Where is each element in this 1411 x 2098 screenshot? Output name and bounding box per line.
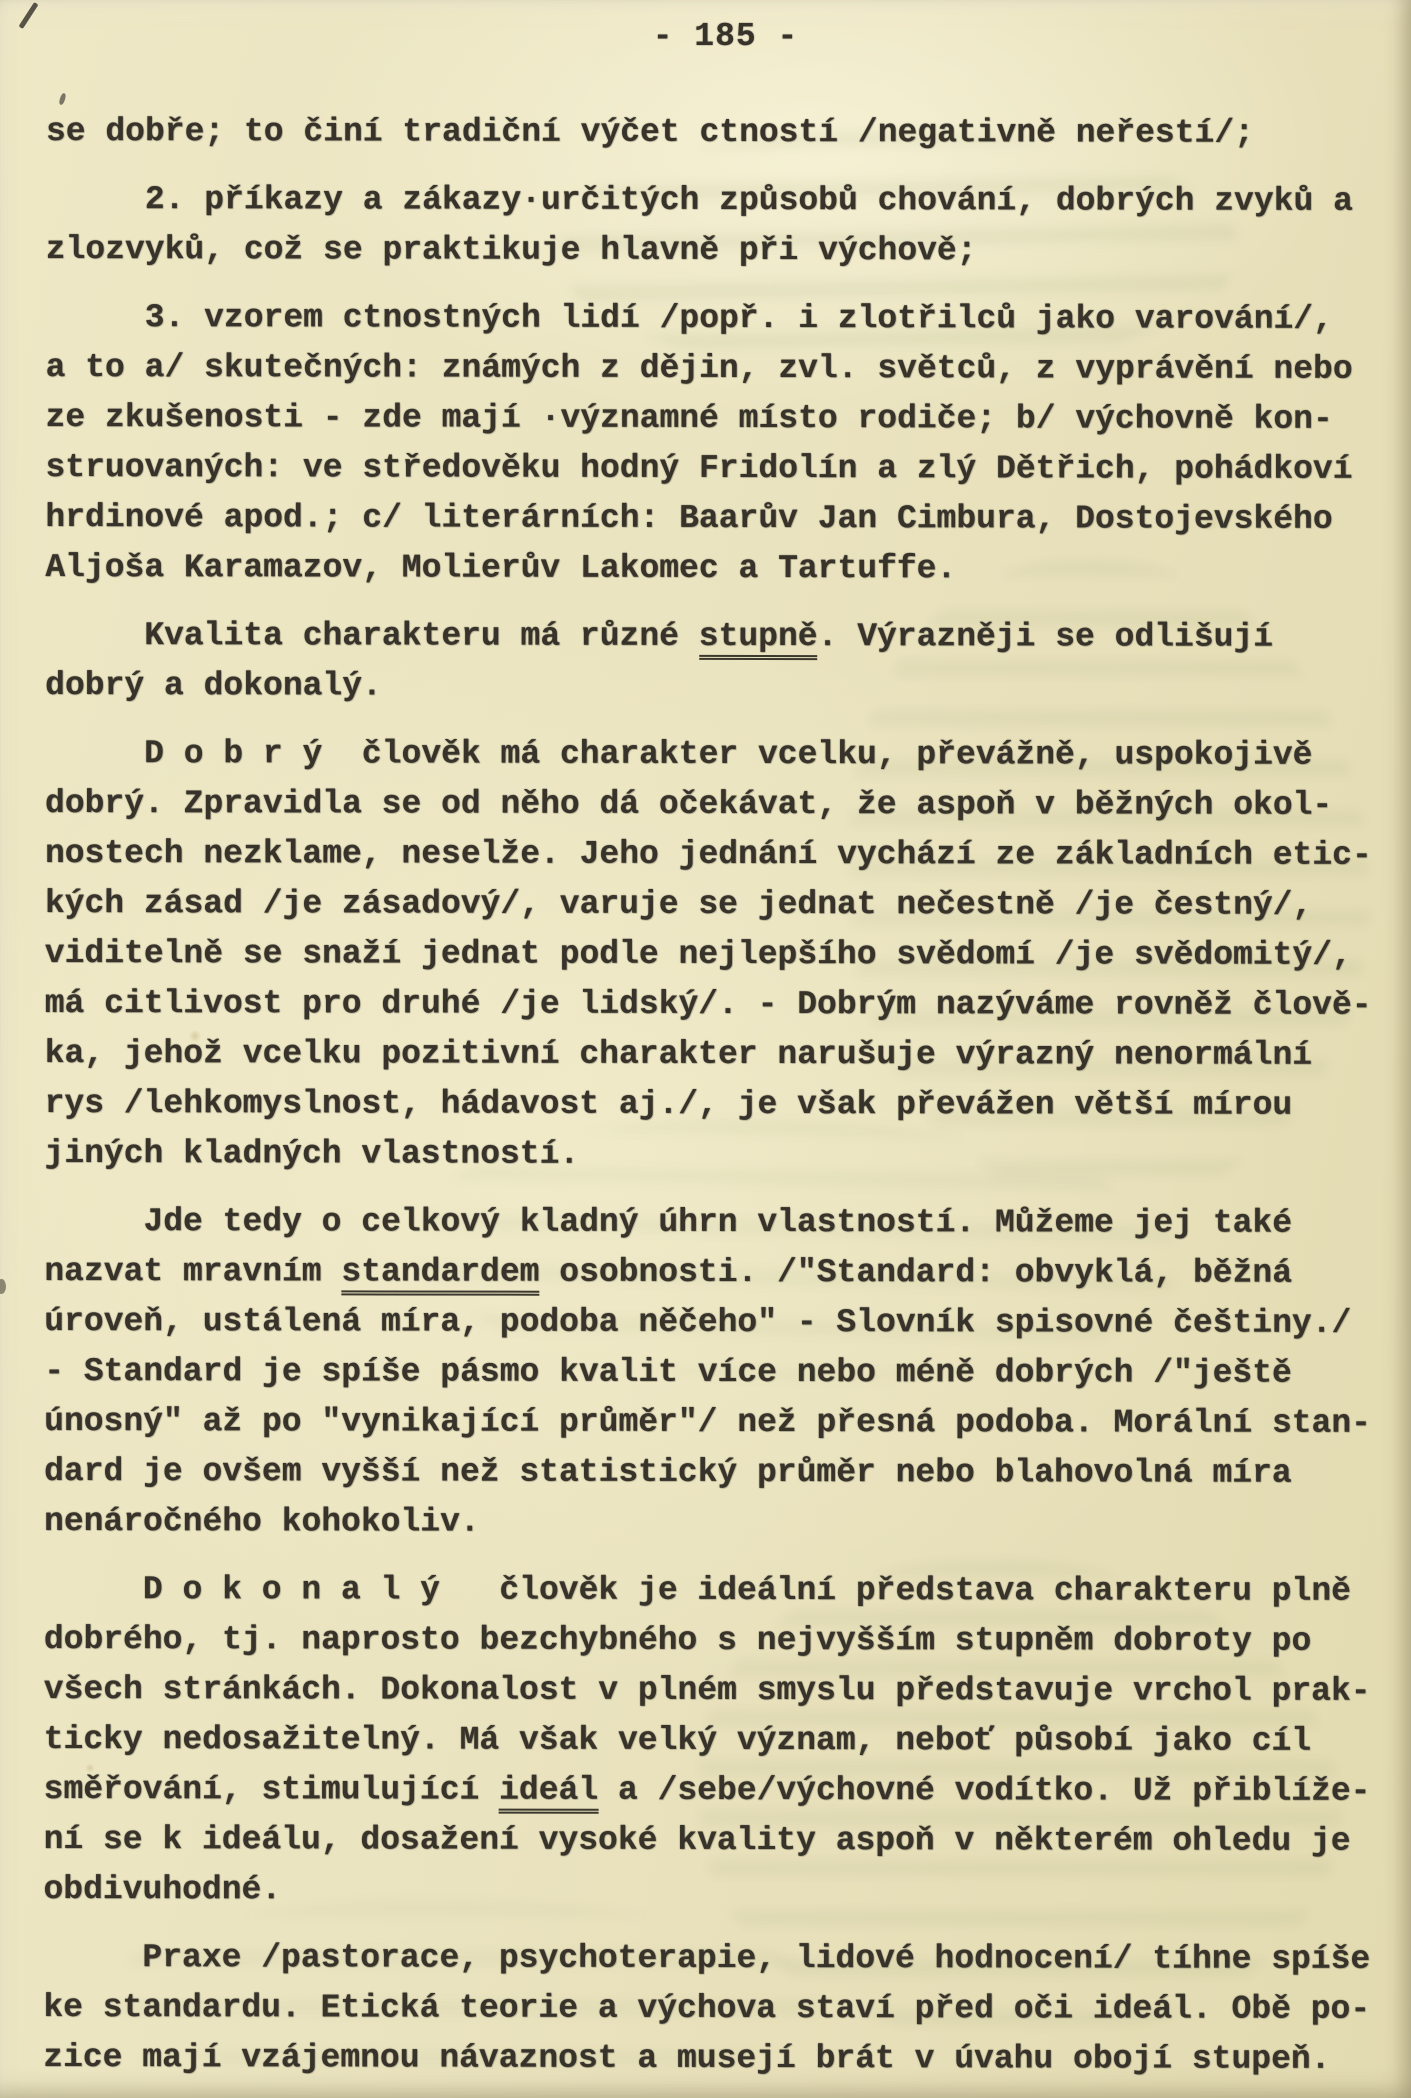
text-line: nostech nezklame, neselže. Jeho jednání … xyxy=(45,829,1372,881)
text-run: ka, jehož vcelku pozitivní charakter nar… xyxy=(45,1035,1312,1074)
text-run: - Standard je spíše pásmo kvalit více ne… xyxy=(44,1353,1292,1392)
text-line: D o k o n a l ý člověk je ideální předst… xyxy=(44,1565,1371,1617)
text-run: kých zásad /je zásadový/, varuje se jedn… xyxy=(45,885,1312,924)
text-line: dobrého, tj. naprosto bezchybného s nejv… xyxy=(44,1615,1371,1667)
text-run: Kvalita charakteru má různé xyxy=(45,617,699,655)
text-line: má citlivost pro druhé /je lidský/. - Do… xyxy=(45,979,1372,1031)
text-run: ke standardu. Etická teorie a výchova st… xyxy=(43,1989,1370,2028)
underlined-term: stupně xyxy=(699,618,818,660)
text-run: hrdinové apod.; c/ literárních: Baarův J… xyxy=(45,499,1332,538)
text-line: hrdinové apod.; c/ literárních: Baarův J… xyxy=(45,493,1372,545)
text-run: Aljoša Karamazov, Molierův Lakomec a Tar… xyxy=(45,549,956,587)
text-line: ka, jehož vcelku pozitivní charakter nar… xyxy=(45,1029,1372,1081)
text-line: - Standard je spíše pásmo kvalit více ne… xyxy=(44,1347,1371,1399)
text-run: rys /lehkomyslnost, hádavost aj./, je vš… xyxy=(45,1085,1293,1124)
text-line: směřování, stimulující ideál a /sebe/výc… xyxy=(44,1765,1371,1817)
text-run: jiných kladných vlastností. xyxy=(45,1135,580,1173)
text-line: ke standardu. Etická teorie a výchova st… xyxy=(43,1983,1370,2035)
text-run: struovaných: ve středověku hodný Fridolí… xyxy=(45,449,1352,488)
text-line: všech stránkách. Dokonalost v plném smys… xyxy=(44,1665,1371,1717)
text-run: nazvat mravním xyxy=(44,1253,341,1290)
text-run: všech stránkách. Dokonalost v plném smys… xyxy=(44,1671,1371,1710)
text-line: zlozvyků, což se praktikuje hlavně při v… xyxy=(46,225,1373,277)
text-line: se dobře; to činí tradiční výčet ctností… xyxy=(46,107,1373,159)
text-run: D o b r ý člověk má charakter vcelku, př… xyxy=(45,735,1312,774)
text-run: a to a/ skutečných: známých z dějin, zvl… xyxy=(46,349,1353,388)
text-run: má citlivost pro druhé /je lidský/. - Do… xyxy=(45,985,1372,1024)
text-line: Kvalita charakteru má různé stupně. Výra… xyxy=(45,611,1372,663)
text-line: dobrý. Zpravidla se od něho dá očekávat,… xyxy=(45,779,1372,831)
text-run: nenáročného kohokoliv. xyxy=(44,1503,480,1541)
text-run: nostech nezklame, neselže. Jeho jednání … xyxy=(45,835,1372,874)
text-line: obdivuhodné. xyxy=(43,1865,1370,1917)
text-run: . Výrazněji se odlišují xyxy=(818,618,1274,656)
text-run: osobnosti. /"Standard: obvyklá, běžná xyxy=(539,1254,1292,1292)
text-line: rys /lehkomyslnost, hádavost aj./, je vš… xyxy=(45,1079,1372,1131)
text-run: D o k o n a l ý člověk je ideální předst… xyxy=(44,1571,1351,1610)
text-line: Praxe /pastorace, psychoterapie, lidové … xyxy=(43,1933,1370,1985)
text-line: kých zásad /je zásadový/, varuje se jedn… xyxy=(45,879,1372,931)
text-line: dobrý a dokonalý. xyxy=(45,661,1372,713)
text-run: únosný" až po "vynikající průměr"/ než p… xyxy=(44,1403,1371,1442)
text-run: dard je ovšem vyšší než statistický prům… xyxy=(44,1453,1292,1492)
ink-speck xyxy=(58,93,66,106)
text-run: dobrý a dokonalý. xyxy=(45,667,382,704)
document-lines: se dobře; to činí tradiční výčet ctností… xyxy=(43,107,1373,2085)
text-line: nazvat mravním standardem osobnosti. /"S… xyxy=(44,1247,1371,1299)
text-line: ní se k ideálu, dosažení vysoké kvality … xyxy=(44,1815,1371,1867)
text-run: 3. vzorem ctnostných lidí /popř. i zlotř… xyxy=(46,299,1333,338)
text-line: Aljoša Karamazov, Molierův Lakomec a Tar… xyxy=(45,543,1372,595)
text-run: se dobře; to činí tradiční výčet ctností… xyxy=(46,113,1254,152)
text-line: ze zkušenosti - zde mají ·významné místo… xyxy=(46,393,1373,445)
text-run: směřování, stimulující xyxy=(44,1771,500,1809)
text-run: Praxe /pastorace, psychoterapie, lidové … xyxy=(43,1939,1370,1978)
text-line: jiných kladných vlastností. xyxy=(45,1129,1372,1181)
text-line: úroveň, ustálená míra, podoba něčeho" - … xyxy=(44,1297,1371,1349)
text-run: obdivuhodné. xyxy=(43,1871,281,1908)
text-line: Jde tedy o celkový kladný úhrn vlastnost… xyxy=(44,1197,1371,1249)
text-line: struovaných: ve středověku hodný Fridolí… xyxy=(45,443,1372,495)
text-line: dard je ovšem vyšší než statistický prům… xyxy=(44,1447,1371,1499)
text-run: zice mají vzájemnou návaznost a musejí b… xyxy=(43,2039,1330,2078)
text-line: zice mají vzájemnou návaznost a musejí b… xyxy=(43,2033,1370,2085)
text-run: zlozvyků, což se praktikuje hlavně při v… xyxy=(46,231,977,269)
text-line: 3. vzorem ctnostných lidí /popř. i zlotř… xyxy=(46,293,1373,345)
text-line: nenáročného kohokoliv. xyxy=(44,1497,1371,1549)
text-line: únosný" až po "vynikající průměr"/ než p… xyxy=(44,1397,1371,1449)
scanned-document-page: - 185 - se dobře; to činí tradiční výčet… xyxy=(0,0,1411,2098)
text-run: dobrý. Zpravidla se od něho dá očekávat,… xyxy=(45,785,1332,824)
underlined-term: standardem xyxy=(341,1253,539,1295)
text-run: viditelně se snaží jednat podle nejlepší… xyxy=(45,935,1352,974)
text-line: viditelně se snaží jednat podle nejlepší… xyxy=(45,929,1372,981)
underlined-term: ideál xyxy=(499,1772,598,1814)
text-run: ze zkušenosti - zde mají ·významné místo… xyxy=(46,399,1333,438)
text-line: D o b r ý člověk má charakter vcelku, př… xyxy=(45,729,1372,781)
text-run: ní se k ideálu, dosažení vysoké kvality … xyxy=(44,1821,1351,1860)
text-run: Jde tedy o celkový kladný úhrn vlastnost… xyxy=(44,1203,1292,1242)
text-run: úroveň, ustálená míra, podoba něčeho" - … xyxy=(44,1303,1351,1342)
text-run: dobrého, tj. naprosto bezchybného s nejv… xyxy=(44,1621,1311,1660)
ink-speck xyxy=(0,1279,6,1294)
text-run: ticky nedosažitelný. Má však velký význa… xyxy=(44,1721,1311,1760)
text-run: 2. příkazy a zákazy·určitých způsobů cho… xyxy=(46,181,1353,220)
text-line: ticky nedosažitelný. Má však velký význa… xyxy=(44,1715,1371,1767)
text-line: a to a/ skutečných: známých z dějin, zvl… xyxy=(46,343,1373,395)
page-number: - 185 - xyxy=(20,16,1411,58)
text-line: 2. příkazy a zákazy·určitých způsobů cho… xyxy=(46,175,1373,227)
text-run: a /sebe/výchovné vodítko. Už přiblíže- xyxy=(598,1772,1370,1810)
